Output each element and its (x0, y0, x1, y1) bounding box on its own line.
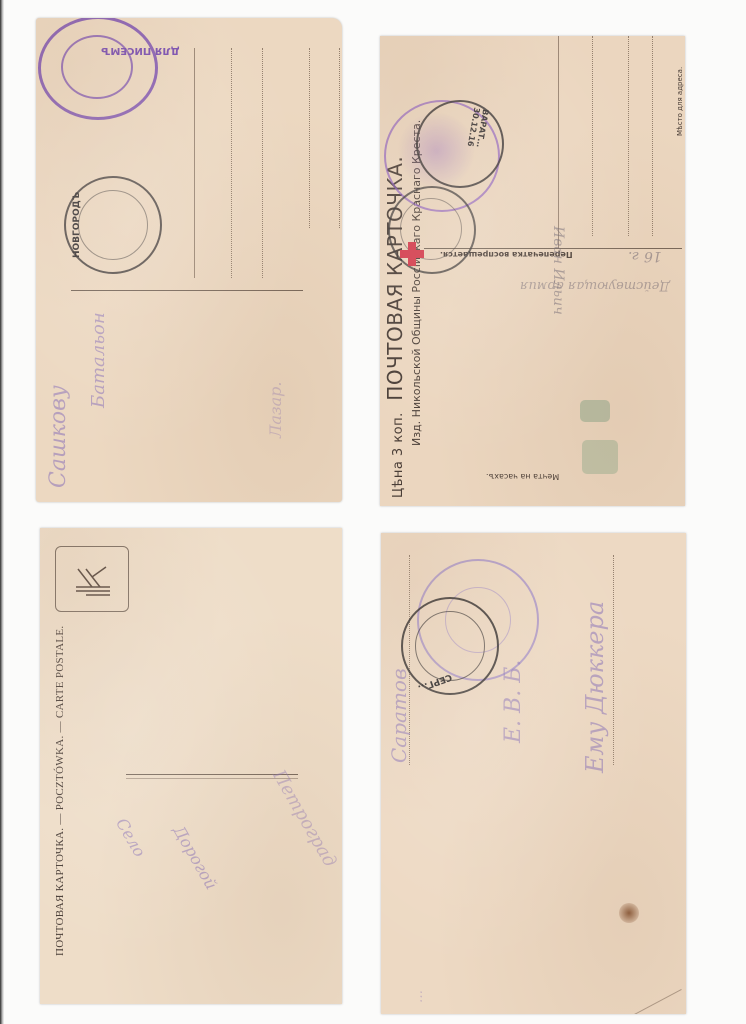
handwritten-line: Лазар. (266, 382, 285, 438)
handwritten-addressee: Ему Дюккера (581, 601, 609, 773)
handwritten-line: Батальон (88, 312, 109, 408)
handwritten-address: Е. В. Б. (501, 660, 526, 743)
address-label: Мѣсто для адреса. (676, 67, 684, 136)
handwritten-city: Саратов (387, 668, 411, 763)
address-line (309, 48, 310, 228)
postmark: СЕРГ... (401, 597, 499, 695)
postcard-top-right: Цѣна 3 коп. ПОЧТОВАЯ КАРТОЧКА. Изд. Нико… (380, 36, 685, 506)
handwritten-message: … (411, 990, 426, 1003)
card-title: ПОЧТОВАЯ КАРТОЧКА. — POCZTÓWKA. — CARTE … (54, 626, 66, 956)
image-caption: Мечта на часахъ. (486, 472, 559, 481)
handwritten-line: Дорогой (169, 822, 221, 893)
red-cross-icon (400, 242, 424, 266)
address-line (339, 48, 340, 228)
separator-line (71, 290, 303, 291)
address-line (262, 48, 263, 278)
stain (582, 440, 618, 474)
address-line (652, 36, 653, 236)
handwritten-date: 16 г. (628, 248, 662, 264)
address-line (231, 48, 232, 278)
publisher-logo (55, 546, 129, 612)
handwritten-line: Сашкову (46, 385, 71, 488)
stain (619, 903, 639, 923)
postcard-top-left: ДЛЯ ПИСЕМЪ НОВГОРОДЪ Сашкову Батальон Ла… (36, 18, 342, 502)
handwritten-address: Иван Ильич (550, 226, 566, 315)
monogram-icon (56, 547, 128, 611)
violet-unit-stamp: ДЛЯ ПИСЕМЪ (38, 18, 158, 120)
address-line (592, 36, 593, 236)
divider-line (194, 48, 195, 278)
scanner-edge (0, 0, 4, 1024)
address-line (628, 36, 629, 236)
handwritten-line: Село (112, 815, 149, 860)
address-line (613, 555, 614, 765)
crease (628, 989, 681, 1014)
stain (580, 400, 610, 422)
postcard-bottom-left: ПОЧТОВАЯ КАРТОЧКА. — POCZTÓWKA. — CARTE … (40, 528, 342, 1004)
postmark: НОВГОРОДЪ (64, 176, 162, 274)
divider-line (558, 36, 559, 248)
postmark: ВАРАТ... 30.12.16 (416, 100, 504, 188)
postcard-bottom-right: СЕРГ... Саратов Е. В. Б. Ему Дюккера … (381, 533, 686, 1014)
handwritten-line: Петроград (268, 766, 340, 871)
